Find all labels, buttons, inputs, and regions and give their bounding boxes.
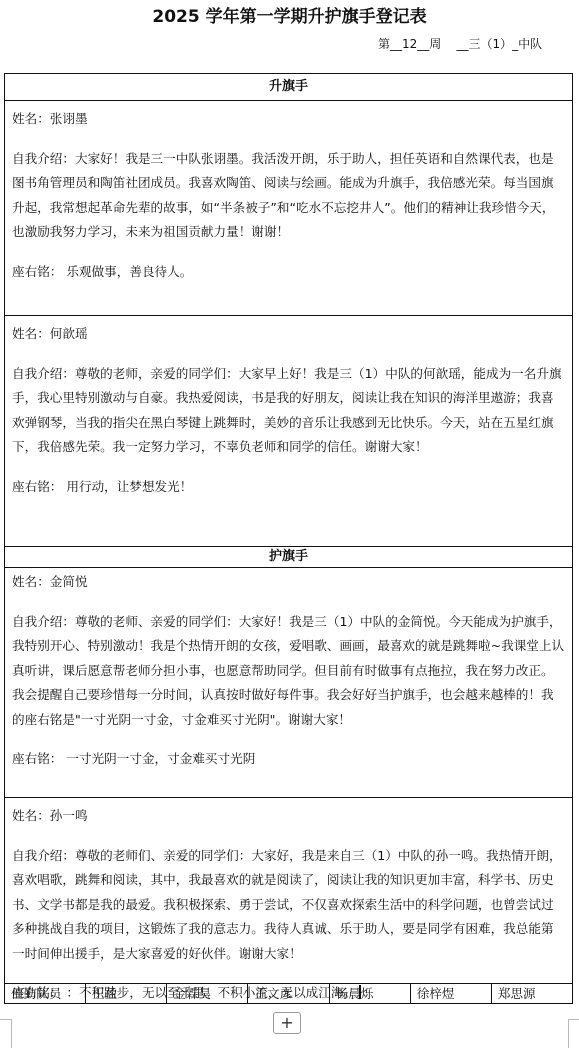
- week-class-label: 第__12__周 __三（1）_中队: [378, 35, 542, 52]
- raise-flag-header: 升旗手: [5, 74, 572, 101]
- self-intro: 自我介绍：大家好！我是三一中队张诩墨。我活泼开朗，乐于助人，担任英语和自然课代表…: [12, 147, 566, 245]
- registration-table: 升旗手 姓名：张诩墨 自我介绍：大家好！我是三一中队张诩墨。我活泼开朗，乐于助人…: [4, 73, 573, 986]
- student-name: 姓名：孙一鸣: [12, 804, 566, 829]
- raise-flag-entry-2[interactable]: 姓名：何歆瑶 自我介绍：尊敬的老师，亲爱的同学们：大家早上好！我是三（1）中队的…: [5, 316, 572, 546]
- self-intro: 自我介绍：尊敬的老师们、亲爱的同学们：大家好，我是来自三（1）中队的孙一鸣。我热…: [12, 844, 566, 967]
- duty-member[interactable]: 金霖昊: [167, 984, 248, 1003]
- student-name: 姓名：金简悦: [12, 570, 566, 595]
- duty-members-row: 值勤队员 王盈 金霖昊 王文彦 杨晨烁 徐梓煜 郑思源: [4, 983, 573, 1004]
- student-name: 姓名：张诩墨: [12, 107, 566, 132]
- add-row-button[interactable]: +: [273, 1012, 301, 1034]
- duty-member[interactable]: 郑思源: [492, 984, 572, 1003]
- motto: 座右铭： 一寸光阴一寸金，寸金难买寸光阴: [12, 747, 566, 772]
- duty-member[interactable]: 杨晨烁: [330, 984, 411, 1003]
- document-title: 2025 学年第一学期升护旗手登记表: [0, 2, 579, 27]
- guard-flag-header: 护旗手: [5, 546, 572, 568]
- page-corner-mark-left: [0, 1019, 12, 1048]
- self-intro: 自我介绍：尊敬的老师、亲爱的同学们：大家好！我是三（1）中队的金简悦。今天能成为…: [12, 610, 566, 733]
- duty-member[interactable]: 徐梓煜: [411, 984, 492, 1003]
- raise-flag-entry-1[interactable]: 姓名：张诩墨 自我介绍：大家好！我是三一中队张诩墨。我活泼开朗，乐于助人，担任英…: [5, 101, 572, 316]
- plus-icon: +: [280, 1013, 293, 1032]
- guard-flag-entry-1[interactable]: 姓名：金简悦 自我介绍：尊敬的老师、亲爱的同学们：大家好！我是三（1）中队的金简…: [5, 568, 572, 798]
- duty-member[interactable]: 王文彦: [248, 984, 329, 1003]
- motto: 座右铭： 乐观做事，善良待人。: [12, 260, 566, 285]
- duty-member[interactable]: 王盈: [86, 984, 167, 1003]
- page-corner-mark-right: [568, 1019, 579, 1048]
- duty-label: 值勤队员: [5, 984, 86, 1003]
- motto: 座右铭： 用行动，让梦想发光！: [12, 475, 566, 500]
- self-intro: 自我介绍：尊敬的老师，亲爱的同学们：大家早上好！我是三（1）中队的何歆瑶，能成为…: [12, 362, 566, 460]
- guard-flag-entry-2[interactable]: 姓名：孙一鸣 自我介绍：尊敬的老师们、亲爱的同学们：大家好，我是来自三（1）中队…: [5, 798, 572, 986]
- student-name: 姓名：何歆瑶: [12, 322, 566, 347]
